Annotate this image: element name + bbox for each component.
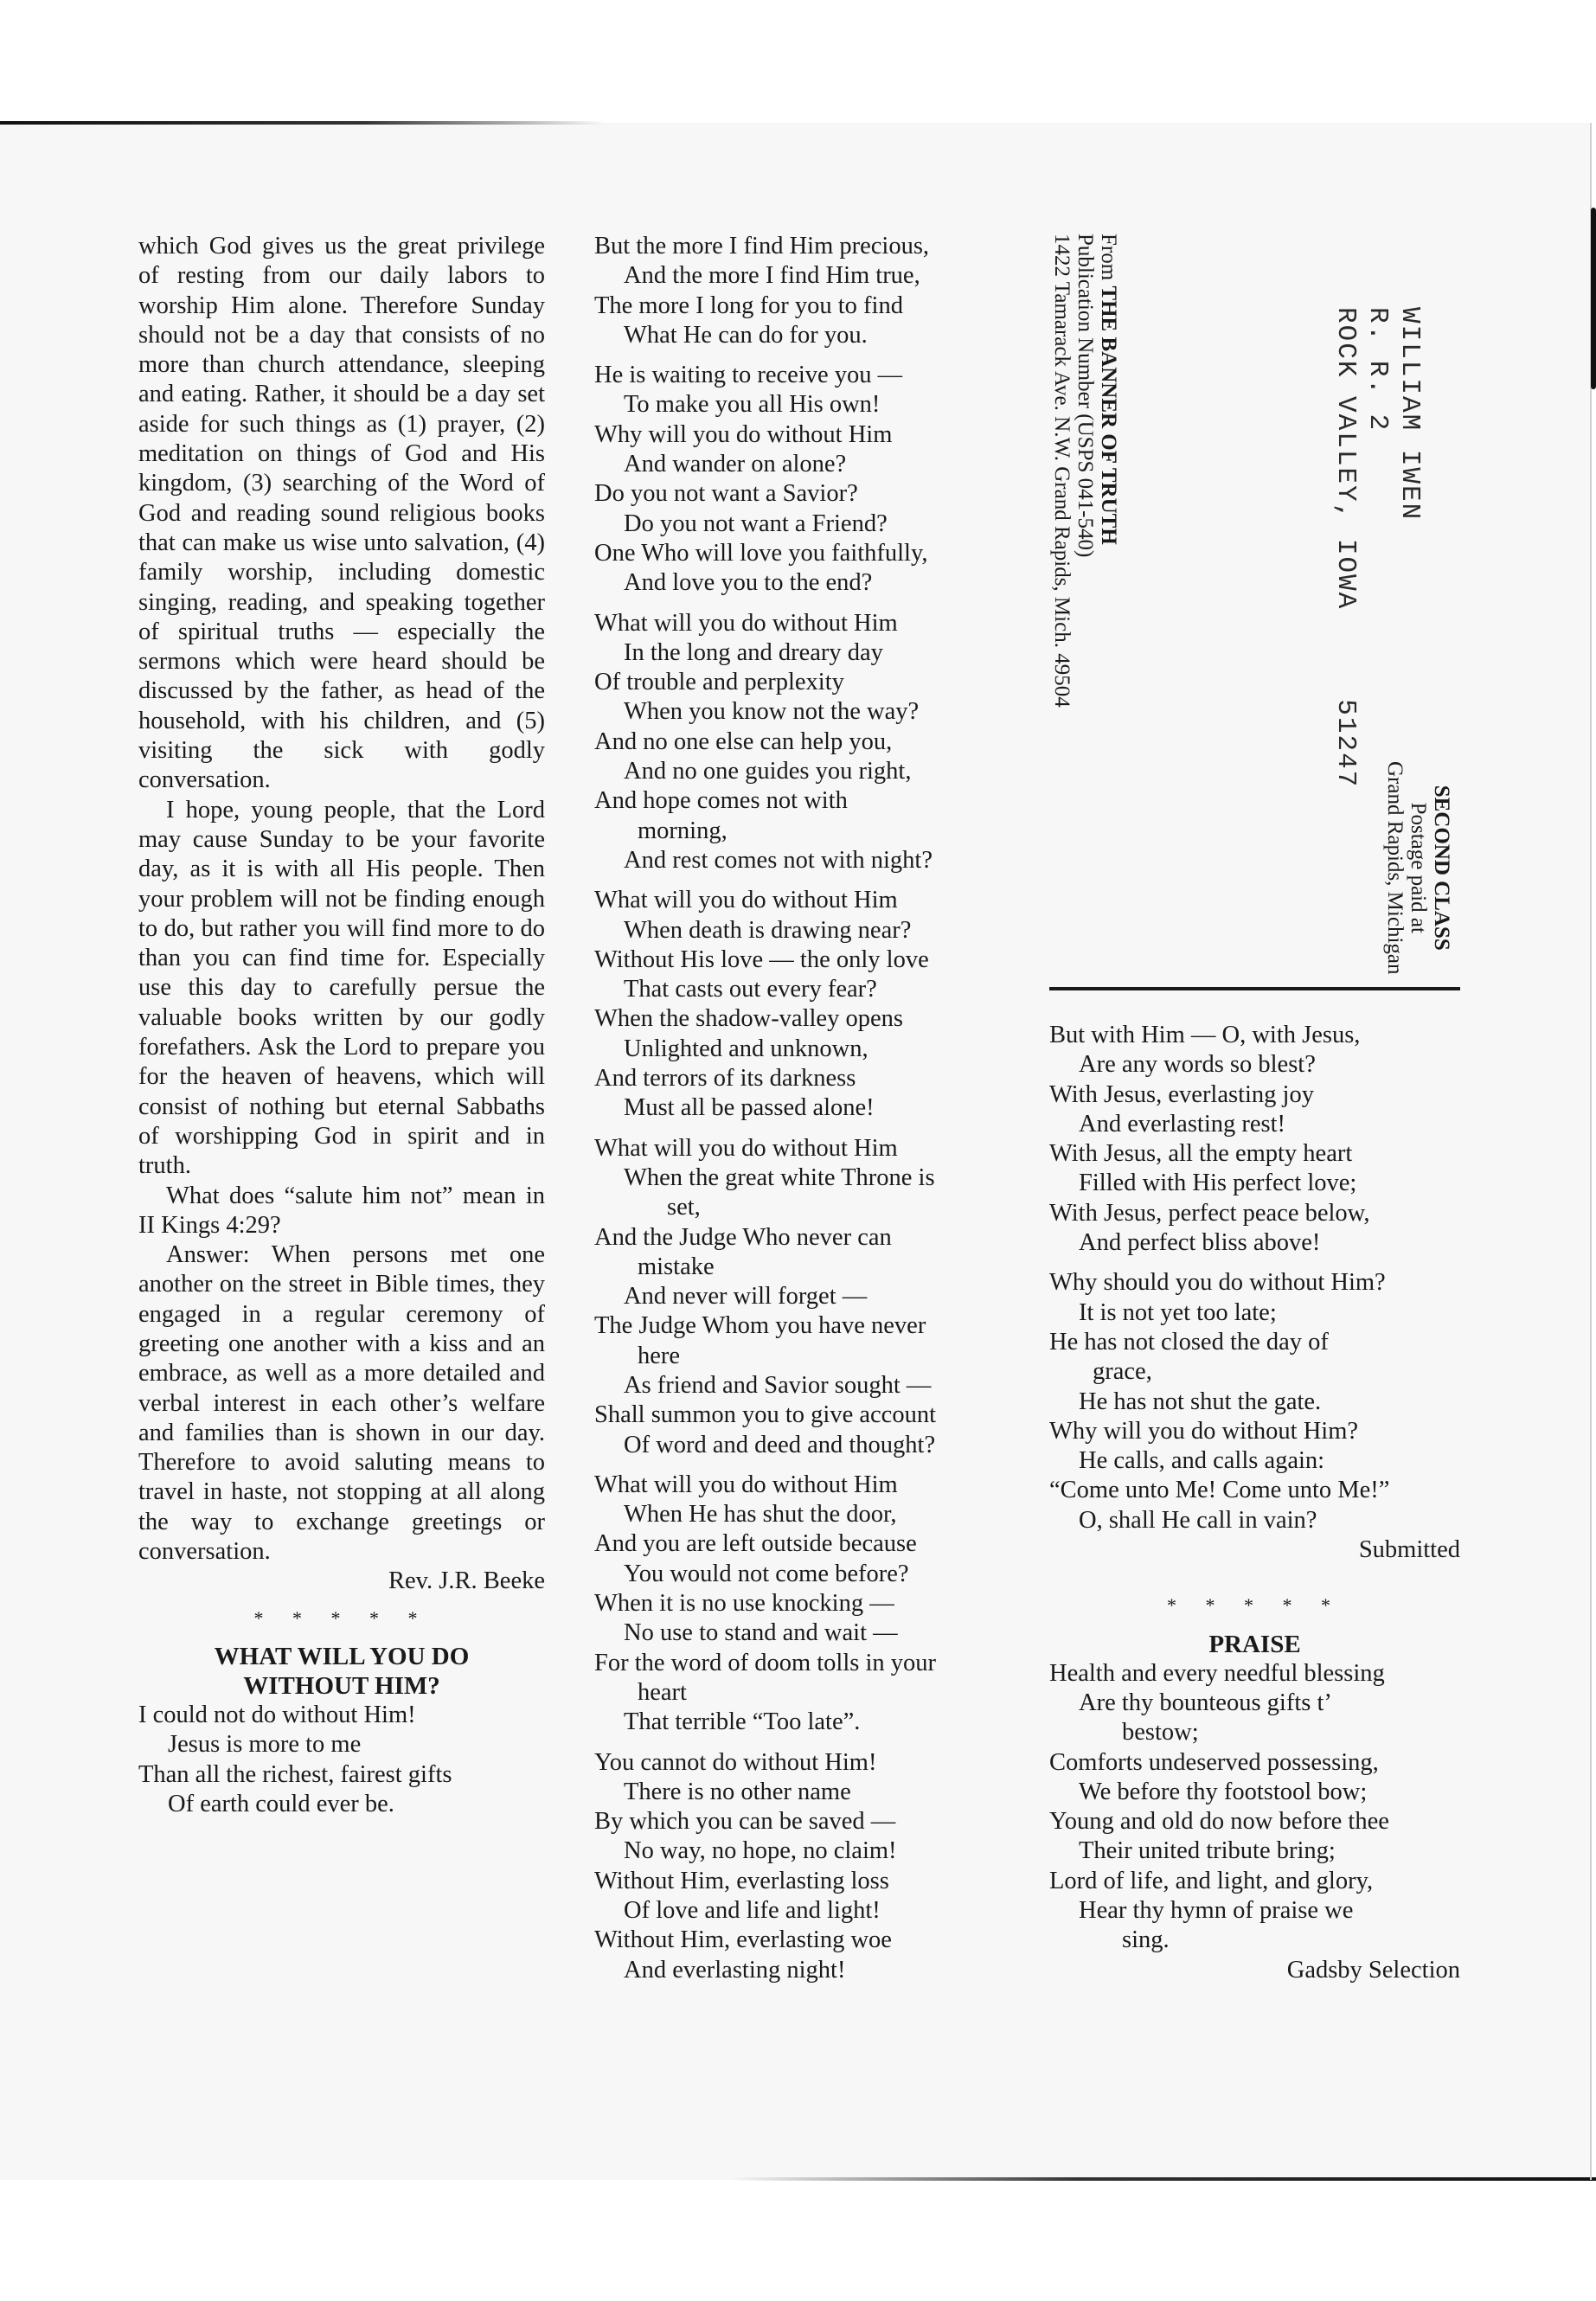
hymn-line: bestow;	[1049, 1718, 1460, 1747]
poem-line: Without Him, everlasting loss	[594, 1867, 1010, 1896]
poem-stanza: Why should you do without Him? It is not…	[1049, 1268, 1460, 1535]
poem-line: What will you do without Him	[594, 886, 1010, 915]
poem-stanza: What will you do without Him When He has…	[594, 1471, 1010, 1738]
poem-line: Of word and deed and thought?	[594, 1431, 1010, 1460]
poem-line: Shall summon you to give account	[594, 1400, 1010, 1430]
postage-indicia: SECOND CLASS Postage paid at Grand Rapid…	[1383, 761, 1453, 974]
poem-line: And rest comes not with night?	[594, 846, 1010, 875]
poem-line: And perfect bliss above!	[1049, 1228, 1460, 1258]
poem-line: He has not closed the day of	[1049, 1328, 1460, 1357]
mailing-area-divider	[1049, 987, 1460, 990]
publication-number: Publication Number (USPS 041-540)	[1074, 234, 1097, 708]
hymn-line: Comforts undeserved possessing,	[1049, 1748, 1460, 1778]
poem-line: Than all the richest, fairest gifts	[138, 1760, 545, 1790]
poem-stanza: I could not do without Him! Jesus is mor…	[138, 1701, 545, 1819]
poem-line: And love you to the end?	[594, 568, 1010, 598]
poem-line: Why should you do without Him?	[1049, 1268, 1460, 1298]
poem-line: And you are left outside because	[594, 1529, 1010, 1559]
poem-line: That terrible “Too late”.	[594, 1708, 1010, 1737]
poem-line: That casts out every fear?	[594, 975, 1010, 1004]
hymn-line: sing.	[1049, 1926, 1460, 1955]
poem-line: You would not come before?	[594, 1560, 1010, 1589]
hymn-line: Young and old do now before thee	[1049, 1807, 1460, 1836]
right-column: But with Him — O, with Jesus, Are any wo…	[1049, 1021, 1460, 1985]
recipient-name: WILLIAM IWEN	[1394, 307, 1426, 788]
poem-line: And hope comes not with	[594, 786, 1010, 816]
poem-line: When the shadow-valley opens	[594, 1004, 1010, 1034]
hymn-line: Health and every needful blessing	[1049, 1659, 1460, 1689]
publisher-name: THE BANNER OF TRUTH	[1097, 285, 1120, 544]
hymn-line: Are thy bounteous gifts t’	[1049, 1689, 1460, 1718]
poem-stanza: But with Him — O, with Jesus, Are any wo…	[1049, 1021, 1460, 1258]
page-right-edge	[1590, 123, 1592, 2180]
question-paragraph: What does “salute him not” mean in II Ki…	[138, 1182, 545, 1241]
poem-line: As friend and Savior sought —	[594, 1371, 1010, 1400]
poem-line: Do you not want a Friend?	[594, 510, 1010, 539]
poem-line: For the word of doom tolls in your	[594, 1649, 1010, 1678]
poem-line: You cannot do without Him!	[594, 1748, 1010, 1778]
praise-hymn: Health and every needful blessing Are th…	[1049, 1659, 1460, 1956]
poem-stanza: You cannot do without Him! There is no o…	[594, 1748, 1010, 1985]
poem-line: With Jesus, everlasting joy	[1049, 1080, 1460, 1110]
hymn-line: Hear thy hymn of praise we	[1049, 1896, 1460, 1926]
postage-paid-line: Postage paid at	[1407, 761, 1430, 974]
poem-line: To make you all His own!	[594, 390, 1010, 420]
poem-line: He is waiting to receive you —	[594, 361, 1010, 390]
poem-line: But with Him — O, with Jesus,	[1049, 1021, 1460, 1050]
poem-line: What will you do without Him	[594, 609, 1010, 638]
article-paragraph: I hope, young people, that the Lord may …	[138, 796, 545, 1182]
poem-line: And no one else can help you,	[594, 727, 1010, 757]
recipient-route: R. R. 2	[1362, 307, 1394, 788]
article-signature: Rev. J.R. Beeke	[138, 1567, 545, 1596]
poem-line: What He can do for you.	[594, 321, 1010, 350]
poem-line: Of love and life and light!	[594, 1896, 1010, 1926]
left-column: which God gives us the great privilege o…	[138, 232, 545, 1830]
poem-line: And everlasting rest!	[1049, 1110, 1460, 1139]
poem-line: And terrors of its darkness	[594, 1064, 1010, 1093]
poem-line: No way, no hope, no claim!	[594, 1836, 1010, 1866]
poem-line: What will you do without Him	[594, 1134, 1010, 1163]
page-top-edge-shadow	[0, 121, 606, 125]
poem-line: heart	[594, 1678, 1010, 1708]
article-paragraph: which God gives us the great privilege o…	[138, 232, 545, 796]
publisher-street-address: 1422 Tamarack Ave. N.W. Grand Rapids, Mi…	[1050, 234, 1074, 708]
poem-line: But the more I find Him precious,	[594, 232, 1010, 261]
poem-line: O, shall He call in vain?	[1049, 1506, 1460, 1535]
poem-line: Jesus is more to me	[138, 1730, 545, 1759]
poem-line: What will you do without Him	[594, 1471, 1010, 1500]
poem-line: By which you can be saved —	[594, 1807, 1010, 1836]
poem-line: One Who will love you faithfully,	[594, 539, 1010, 568]
binding-mark	[1591, 208, 1596, 389]
poem-line: It is not yet too late;	[1049, 1298, 1460, 1328]
poem-line: There is no other name	[594, 1778, 1010, 1807]
poem-line: mistake	[594, 1253, 1010, 1282]
poem-line: Why will you do without Him?	[1049, 1417, 1460, 1446]
poem-line: Are any words so blest?	[1049, 1050, 1460, 1080]
hymn-line: We before thy footstool bow;	[1049, 1778, 1460, 1807]
poem-line: Without Him, everlasting woe	[594, 1926, 1010, 1955]
postage-paid-city: Grand Rapids, Michigan	[1383, 761, 1407, 974]
poem-line: set,	[594, 1193, 1010, 1222]
poem-line: And wander on alone?	[594, 450, 1010, 479]
poem-line: Unlighted and unknown,	[594, 1035, 1010, 1064]
poem-line: In the long and dreary day	[594, 638, 1010, 668]
poem-line: Filled with His perfect love;	[1049, 1169, 1460, 1198]
poem-line: When death is drawing near?	[594, 916, 1010, 945]
poem-line: Without His love — the only love	[594, 945, 1010, 975]
poem-line: Must all be passed alone!	[594, 1093, 1010, 1123]
poem-line: And the Judge Who never can	[594, 1223, 1010, 1253]
poem-line: With Jesus, perfect peace below,	[1049, 1199, 1460, 1228]
recipient-city-state-zip: ROCK VALLEY, IOWA 51247	[1330, 307, 1362, 788]
poem-stanza: He is waiting to receive you — To make y…	[594, 361, 1010, 598]
poem-line: Why will you do without Him	[594, 420, 1010, 450]
poem-line: And never will forget —	[594, 1282, 1010, 1311]
section-separator: * * * * *	[1049, 1591, 1460, 1620]
poem-line: No use to stand and wait —	[594, 1618, 1010, 1648]
poem-line: “Come unto Me! Come unto Me!”	[1049, 1476, 1460, 1505]
poem-line: When the great white Throne is	[594, 1163, 1010, 1193]
poem-line: And no one guides you right,	[594, 757, 1010, 786]
poem-title-line-2: WITHOUT HIM?	[138, 1671, 545, 1701]
page-bottom-edge-shadow	[731, 2177, 1596, 2181]
poem-line: grace,	[1049, 1357, 1460, 1387]
poem-stanza: What will you do without Him In the long…	[594, 609, 1010, 876]
poem-line: here	[594, 1342, 1010, 1371]
poem-stanza: But the more I find Him precious, And th…	[594, 232, 1010, 350]
poem-line: Of earth could ever be.	[138, 1790, 545, 1819]
poem-line: When it is no use knocking —	[594, 1589, 1010, 1618]
recipient-address-label: WILLIAM IWEN R. R. 2 ROCK VALLEY, IOWA 5…	[1330, 307, 1426, 788]
postage-class: SECOND CLASS	[1430, 761, 1453, 974]
poem-stanza: What will you do without Him When the gr…	[594, 1134, 1010, 1460]
poem-line: Do you not want a Savior?	[594, 479, 1010, 509]
hymn-source: Gadsby Selection	[1049, 1956, 1460, 1985]
poem-line: The more I long for you to find	[594, 292, 1010, 321]
poem-signature: Submitted	[1049, 1535, 1460, 1565]
poem-line: The Judge Whom you have never	[594, 1311, 1010, 1341]
poem-line: When you know not the way?	[594, 697, 1010, 727]
poem-line: He has not shut the gate.	[1049, 1388, 1460, 1417]
poem-line: He calls, and calls again:	[1049, 1446, 1460, 1476]
poem-line: And everlasting night!	[594, 1956, 1010, 1985]
hymn-line: Their united tribute bring;	[1049, 1836, 1460, 1866]
poem-line: Of trouble and perplexity	[594, 668, 1010, 697]
poem-stanza: What will you do without Him When death …	[594, 886, 1010, 1123]
praise-title: PRAISE	[1049, 1630, 1460, 1659]
middle-column: But the more I find Him precious, And th…	[594, 232, 1010, 1996]
poem-line: morning,	[594, 817, 1010, 846]
publisher-line: From THE BANNER OF TRUTH	[1097, 234, 1120, 708]
poem-line: With Jesus, all the empty heart	[1049, 1139, 1460, 1169]
section-separator: * * * * *	[138, 1604, 545, 1633]
publisher-return-address: From THE BANNER OF TRUTH Publication Num…	[1050, 234, 1120, 708]
poem-title-line-1: WHAT WILL YOU DO	[138, 1642, 545, 1671]
poem-line: When He has shut the door,	[594, 1500, 1010, 1529]
hymn-line: Lord of life, and light, and glory,	[1049, 1867, 1460, 1896]
answer-paragraph: Answer: When persons met one another on …	[138, 1240, 545, 1567]
poem-line: And the more I find Him true,	[594, 261, 1010, 291]
poem-line: I could not do without Him!	[138, 1701, 545, 1730]
